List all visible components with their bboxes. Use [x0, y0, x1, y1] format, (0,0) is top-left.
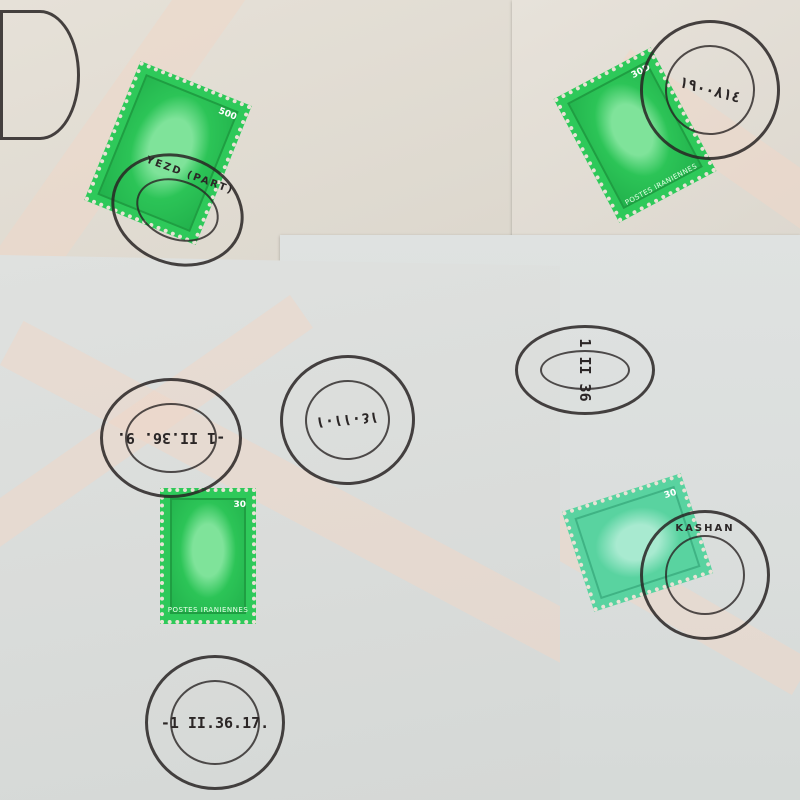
postmark-kashan: KASHAN [640, 510, 770, 640]
stamp-center: 30 POSTES IRANIENNES [160, 488, 256, 624]
postmark-left-middle: -1 II.36. 9. [100, 378, 242, 498]
stamp-label: POSTES IRANIENNES [164, 606, 252, 614]
postmark-date: -1 II.36. 9. [103, 429, 239, 447]
postmark-top-left-edge [0, 10, 80, 140]
stamp-value: 30 [233, 500, 246, 510]
postmark-city: KASHAN [643, 523, 767, 534]
postmark-bottom: -1 II.36.17. [145, 655, 285, 790]
envelope-flap-stripe [0, 321, 589, 666]
postmark-date: 1 II 36 [576, 328, 594, 412]
postal-covers-photo: 500 30D POSTES IRANIENNES 30 POSTES IRAN… [0, 0, 800, 800]
postmark-right-middle: 1 II 36 [515, 325, 655, 415]
envelope-top-left [0, 0, 515, 270]
postmark-date: -1 II.36.17. [148, 714, 282, 732]
